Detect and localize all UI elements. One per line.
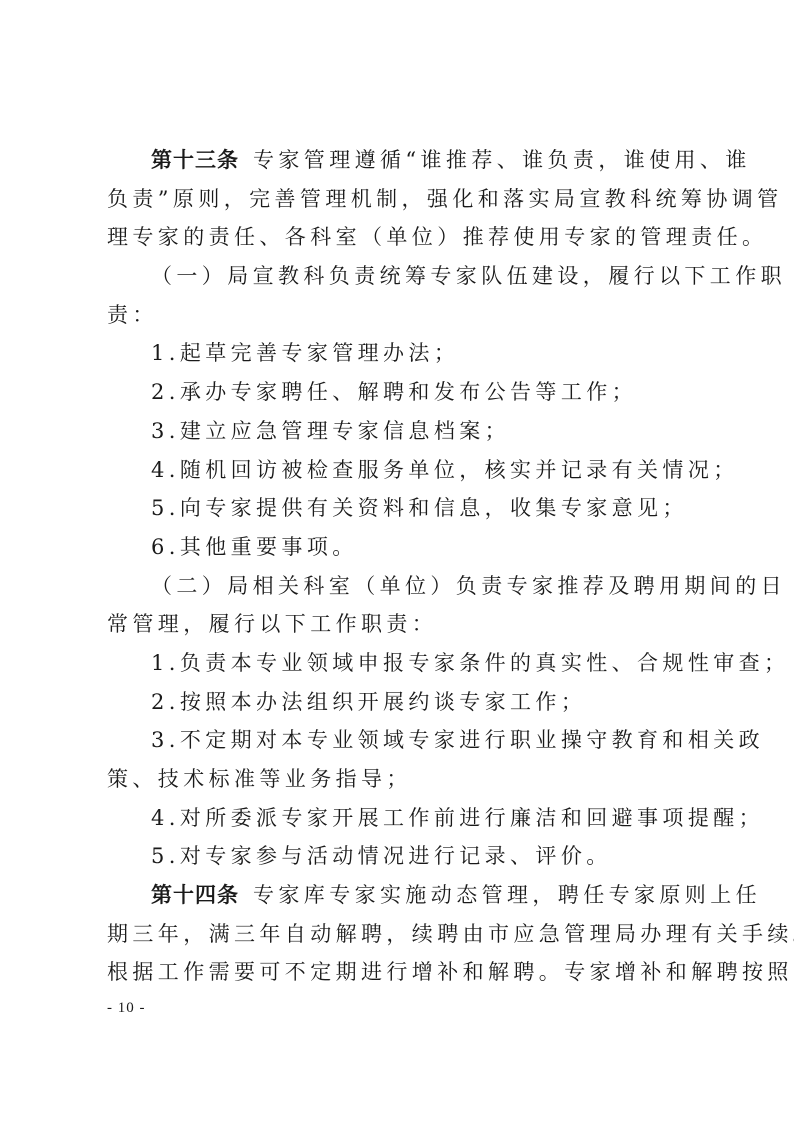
section-2-item-3-line-2: 策、技术标准等业务指导；: [107, 760, 689, 799]
article-13-line-2: 负责”原则，完善管理机制，强化和落实局宣教科统筹协调管: [107, 180, 689, 219]
section-1-heading-line-1: （一）局宣教科负责统筹专家队伍建设，履行以下工作职: [107, 257, 689, 296]
section-1-item-2: 2.承办专家聘任、解聘和发布公告等工作；: [107, 373, 689, 412]
section-1-item-5: 5.向专家提供有关资料和信息，收集专家意见；: [107, 489, 689, 528]
article-14-line-3: 根据工作需要可不定期进行增补和解聘。专家增补和解聘按照: [107, 953, 689, 992]
section-2-item-1: 1.负责本专业领域申报专家条件的真实性、合规性审查；: [107, 644, 689, 683]
page-number: - 10 -: [107, 1000, 146, 1017]
section-2-heading-line-1: （二）局相关科室（单位）负责专家推荐及聘用期间的日: [107, 567, 689, 606]
section-1-heading-line-2: 责：: [107, 296, 689, 335]
document-body: 第十三条专家管理遵循“谁推荐、谁负责，谁使用、谁 负责”原则，完善管理机制，强化…: [107, 141, 689, 992]
article-14-line-1: 第十四条专家库专家实施动态管理，聘任专家原则上任: [107, 876, 689, 915]
section-1-item-1: 1.起草完善专家管理办法；: [107, 334, 689, 373]
article-14-label: 第十四条: [151, 882, 239, 907]
section-2-item-4: 4.对所委派专家开展工作前进行廉洁和回避事项提醒；: [107, 799, 689, 838]
section-2-heading-line-2: 常管理，履行以下工作职责：: [107, 605, 689, 644]
article-13-text-1: 专家管理遵循“谁推荐、谁负责，谁使用、谁: [253, 148, 751, 172]
section-2-item-3-line-1: 3.不定期对本专业领域专家进行职业操守教育和相关政: [107, 721, 689, 760]
section-1-item-4: 4.随机回访被检查服务单位，核实并记录有关情况；: [107, 451, 689, 490]
article-13-label: 第十三条: [151, 147, 239, 172]
section-1-item-3: 3.建立应急管理专家信息档案；: [107, 412, 689, 451]
article-13-line-1: 第十三条专家管理遵循“谁推荐、谁负责，谁使用、谁: [107, 141, 689, 180]
section-2-item-5: 5.对专家参与活动情况进行记录、评价。: [107, 837, 689, 876]
section-2-item-2: 2.按照本办法组织开展约谈专家工作；: [107, 683, 689, 722]
article-14-text-1: 专家库专家实施动态管理，聘任专家原则上任: [253, 883, 761, 907]
section-1-item-6: 6.其他重要事项。: [107, 528, 689, 567]
article-14-line-2: 期三年，满三年自动解聘，续聘由市应急管理局办理有关手续。: [107, 915, 689, 954]
article-13-line-3: 理专家的责任、各科室（单位）推荐使用专家的管理责任。: [107, 218, 689, 257]
